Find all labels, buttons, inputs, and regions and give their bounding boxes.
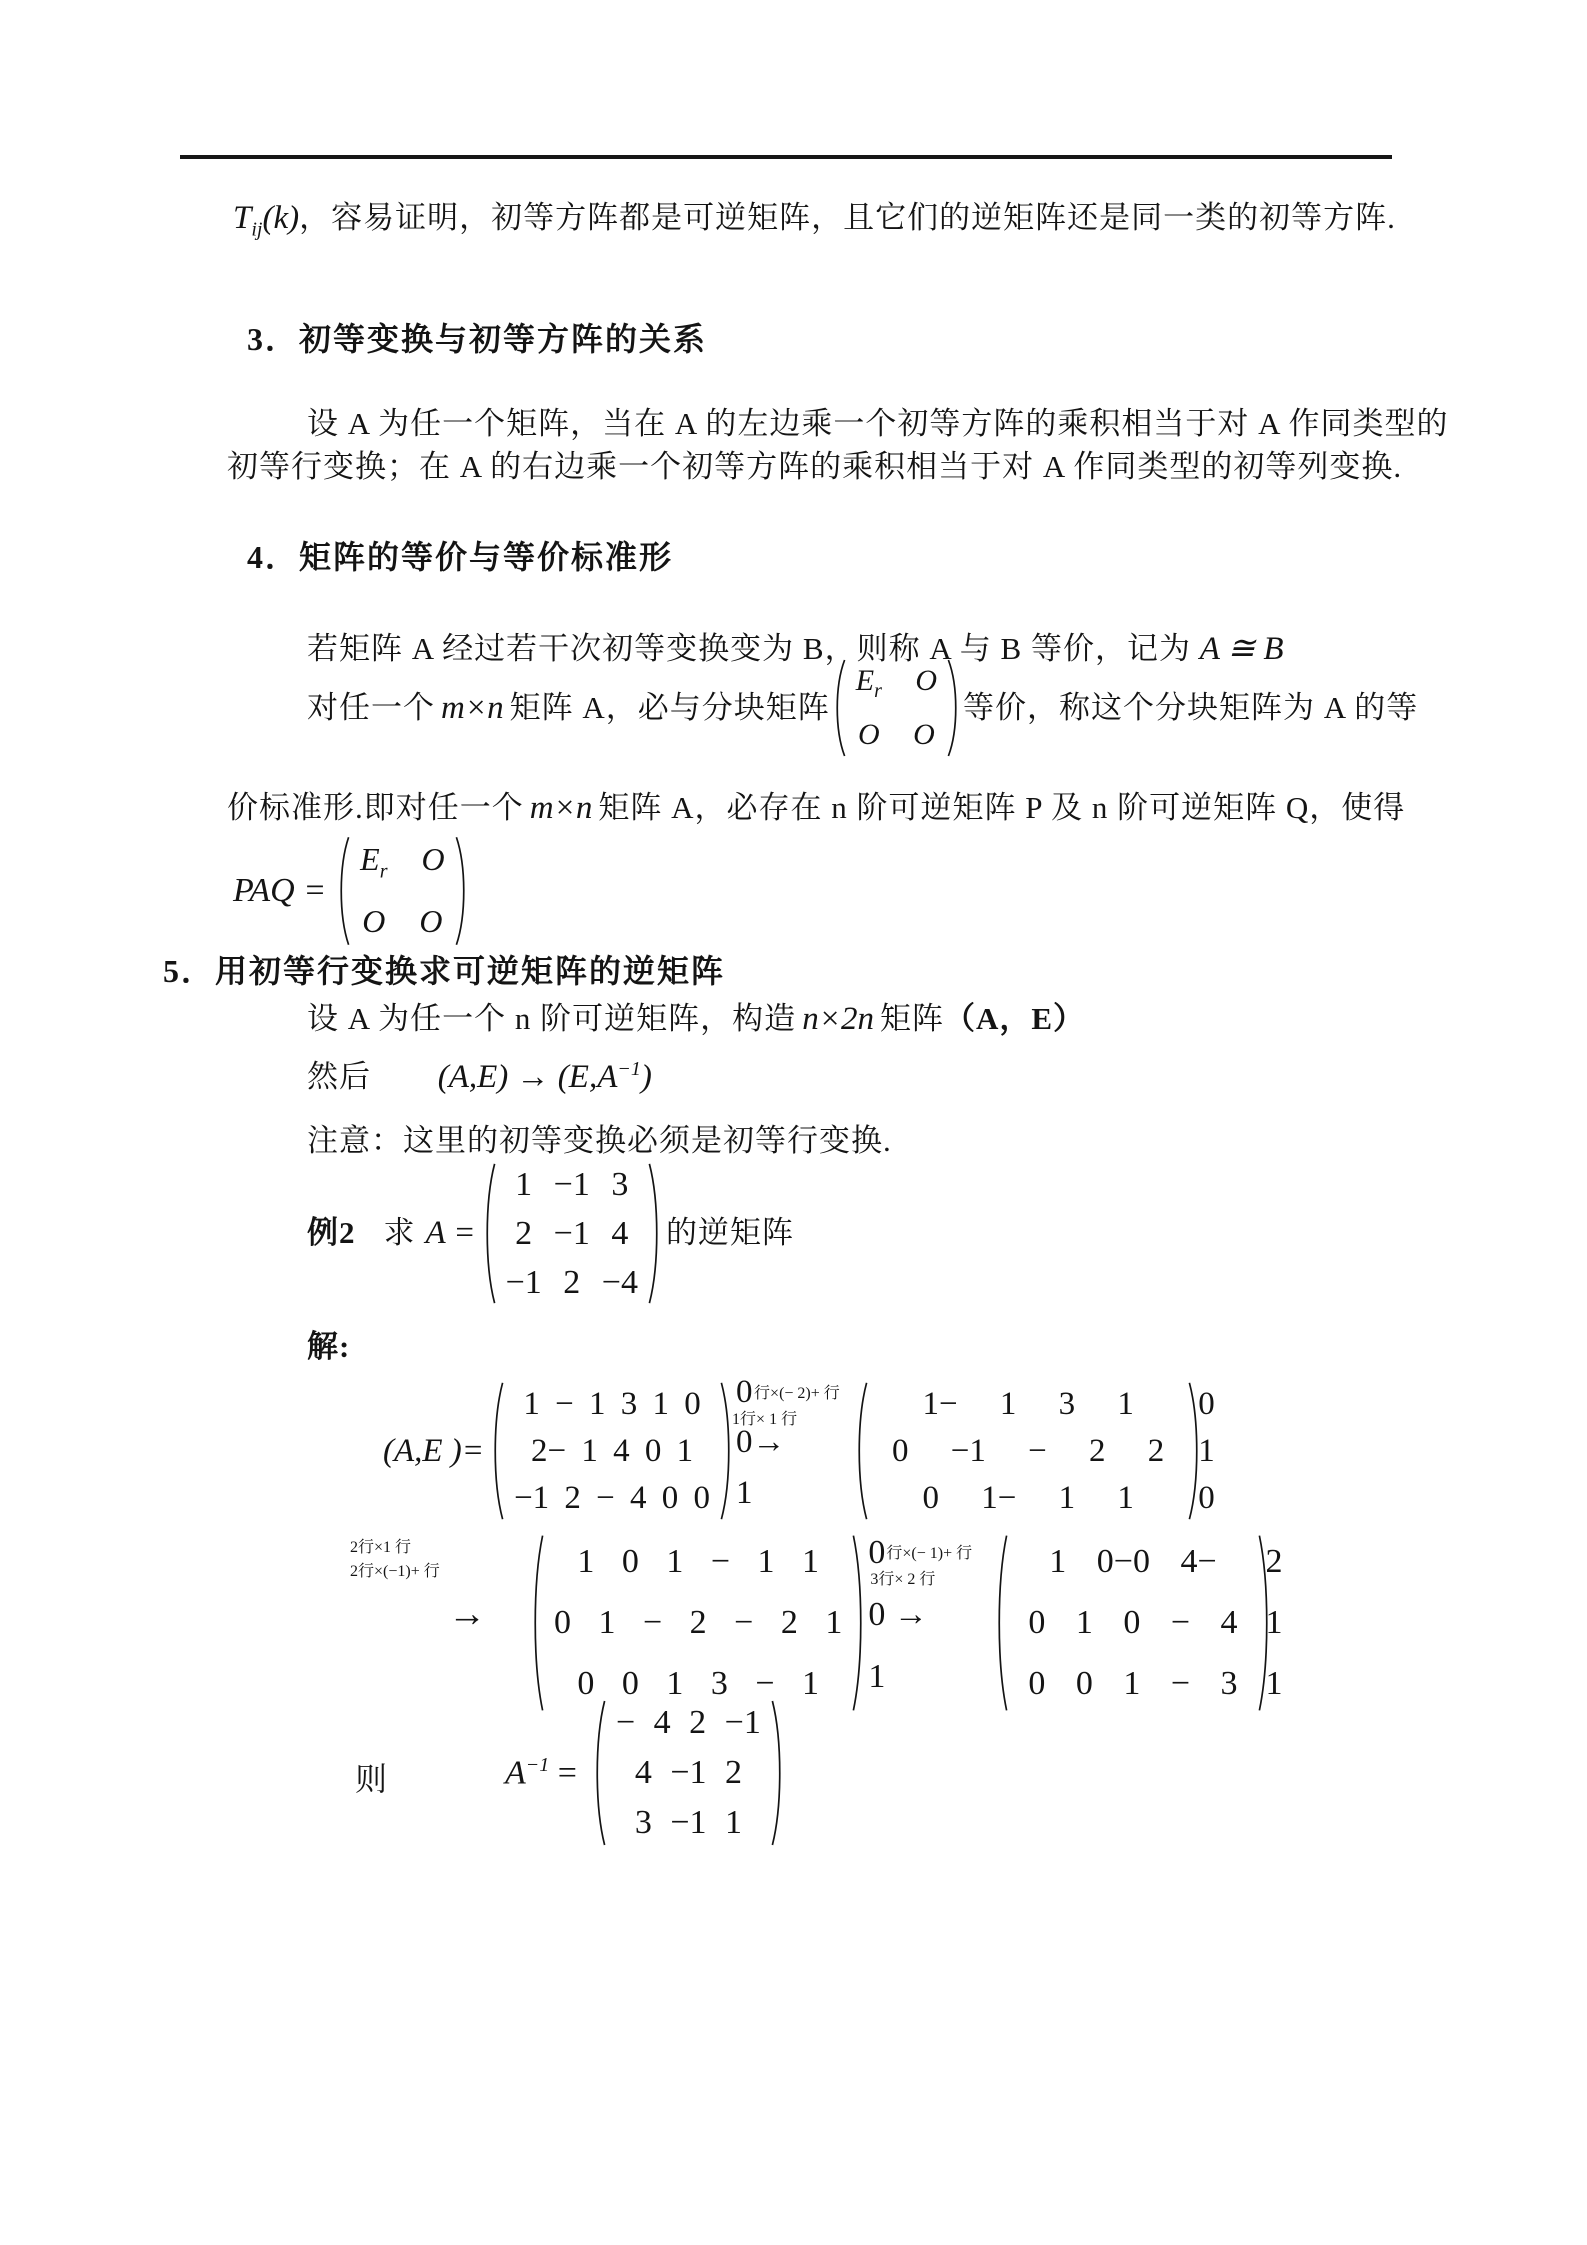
row-op-annotation: 行×(− 2)+ 行 — [754, 1380, 840, 1403]
math-mxn-2: m×n — [524, 790, 599, 826]
step1-prefix: (A,E )= — [383, 1433, 484, 1470]
left-paren-icon — [490, 1380, 504, 1522]
solution-step2: 2行×1 行 2行×(−1)+ 行 → 1 0 1 − 1 1 0 1 − 2 … — [350, 1530, 1283, 1715]
row-op-annotation: 2行×(−1)+ 行 — [350, 1558, 440, 1581]
left-paren-icon — [832, 658, 846, 758]
result-matrix: − 4 2 −1 4 −1 2 3 −1 1 — [592, 1698, 785, 1848]
paq-lhs: PAQ = — [233, 872, 326, 910]
step2-mid-annotations: 0 行×(− 1)+ 行 3行× 2 行 0 → 1 — [866, 1532, 994, 1714]
example-mid: 求 — [384, 1212, 416, 1254]
then-line: 然后 (A,E) → (E,A−1) — [307, 1055, 652, 1100]
step2-matrix3: 1 0 1 − 1 1 0 1 − 2 − 2 1 0 0 1 3 − 1 — [530, 1532, 866, 1714]
left-paren-icon — [592, 1698, 606, 1848]
section3-heading: 3．初等变换与初等方阵的关系 — [247, 314, 707, 360]
std-line-post: 矩阵 A，必存在 n 阶可逆矩阵 P 及 n 阶可逆矩阵 Q，使得 — [598, 790, 1405, 825]
right-paren-icon — [455, 835, 469, 947]
construct-line: 设 A 为任一个 n 阶可逆矩阵，构造n×2n矩阵（A，E） — [307, 997, 1085, 1042]
example-lhs: A = — [426, 1215, 476, 1252]
right-paren-icon — [771, 1698, 785, 1848]
intro-text: ，容易证明，初等方阵都是可逆矩阵，且它们的逆矩阵还是同一类的初等方阵. — [299, 200, 1396, 235]
arrow-icon: → — [753, 1424, 786, 1460]
paq-formula: PAQ = Er O O O — [233, 833, 469, 948]
step2-outside-column: 2 1 1 — [1266, 1532, 1283, 1714]
document-page: Tij(k)，容易证明，初等方阵都是可逆矩阵，且它们的逆矩阵还是同一类的初等方阵… — [0, 0, 1587, 2245]
section3-line1: 设 A 为任一个矩阵，当在 A 的左边乘一个初等方阵的乘积相当于对 A 作同类型… — [307, 403, 1449, 445]
section4-heading: 4．矩阵的等价与等价标准形 — [247, 532, 673, 578]
result-label: 则 — [355, 1758, 388, 1801]
section3-line2: 初等行变换；在 A 的右边乘一个初等方阵的乘积相当于对 A 作同类型的初等列变换… — [227, 446, 1402, 488]
matrix-A: 1 −1 3 2 −1 4 −1 2 −4 — [482, 1161, 662, 1306]
step2-left-annotations: 2行×1 行 2行×(−1)+ 行 → — [350, 1530, 530, 1715]
block-matrix-line: 对任一个 m×n 矩阵 A，必与分块矩阵 Er O O O 等价，称这个分块矩阵… — [307, 653, 1418, 763]
step2-matrix4: 1 0−0 4− 0 1 0 − 4 0 0 1 − 3 — [994, 1532, 1271, 1714]
step1-matrix1: 1 − 1 3 1 0 2− 1 4 0 1 −1 2 − 4 0 0 — [490, 1380, 734, 1522]
note-line: 注意：这里的初等变换必须是初等行变换. — [307, 1120, 892, 1162]
example-post: 的逆矩阵 — [666, 1212, 794, 1254]
row-op-annotation: 3行× 2 行 — [870, 1566, 935, 1589]
standard-form-line: 价标准形.即对任一个m×n矩阵 A，必存在 n 阶可逆矩阵 P 及 n 阶可逆矩… — [227, 786, 1405, 831]
left-paren-icon — [482, 1161, 496, 1306]
solve-label: 解: — [307, 1326, 350, 1368]
paq-matrix: Er O O O — [336, 835, 468, 947]
block-line-pre: 对任一个 — [307, 687, 435, 729]
left-paren-icon — [530, 1532, 544, 1714]
row-op-annotation: 2行×1 行 — [350, 1534, 411, 1557]
step1-mid-annotations: 0 行×(− 2)+ 行 1行× 1 行 0→ 1 — [734, 1376, 854, 1526]
right-paren-icon — [648, 1161, 662, 1306]
std-line-pre: 价标准形.即对任一个 — [227, 790, 524, 825]
right-paren-icon — [720, 1380, 734, 1522]
construct-post: 矩阵 — [880, 1001, 944, 1036]
then-formula: (A,E) → (E,A−1) — [438, 1059, 652, 1095]
row-op-annotation: 行×(− 1)+ 行 — [886, 1540, 972, 1563]
step1-matrix2: 1− 1 3 1 0 −1 − 2 2 0 1− 1 1 — [854, 1380, 1202, 1522]
example2-line: 例2 求 A = 1 −1 3 2 −1 4 −1 2 −4 的逆矩阵 — [307, 1158, 794, 1308]
step1-outside-column: 0 1 0 — [1198, 1380, 1215, 1522]
then-label: 然后 — [307, 1059, 371, 1094]
solution-step1: (A,E )= 1 − 1 3 1 0 2− 1 4 0 1 −1 2 − 4 … — [383, 1376, 1215, 1526]
block-line-mid: 矩阵 A，必与分块矩阵 — [510, 687, 830, 729]
intro-line: Tij(k)，容易证明，初等方阵都是可逆矩阵，且它们的逆矩阵还是同一类的初等方阵… — [233, 196, 1396, 244]
construct-bold-AE: （A，E） — [944, 1001, 1085, 1036]
arrow-icon: → — [894, 1596, 928, 1633]
result-lhs: A−1 = — [505, 1754, 577, 1792]
math-nx2n: n×2n — [796, 1001, 880, 1037]
block-line-post: 等价，称这个分块矩阵为 A 的等 — [963, 687, 1418, 729]
arrow-icon: → — [448, 1592, 486, 1636]
math-mxn: m×n — [435, 686, 510, 731]
right-paren-icon — [852, 1532, 866, 1714]
left-paren-icon — [336, 835, 350, 947]
example-label: 例2 — [307, 1212, 356, 1254]
top-rule — [180, 155, 1392, 159]
math-T: Tij(k) — [233, 200, 299, 236]
arrow-icon: → — [517, 1059, 550, 1095]
construct-pre: 设 A 为任一个 n 阶可逆矩阵，构造 — [307, 1001, 796, 1036]
left-paren-icon — [854, 1380, 868, 1522]
right-paren-icon — [947, 658, 961, 758]
left-paren-icon — [994, 1532, 1008, 1714]
section5-heading: 5．用初等行变换求可逆矩阵的逆矩阵 — [163, 946, 725, 992]
block-matrix-inline: Er O O O — [832, 658, 961, 758]
